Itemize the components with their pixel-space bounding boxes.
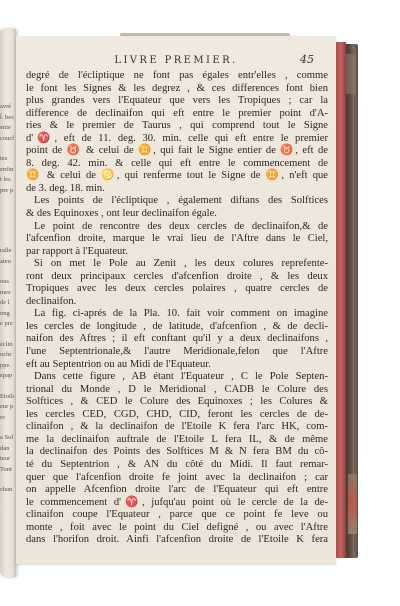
text-line: naifon des Aftres ; il eft conftant qu'i…: [26, 333, 328, 346]
text-line: d'♈, eft de 11. deg. 30. min. celle qui …: [26, 133, 328, 146]
text-line: Tropiques avec les deux cercles polaires…: [26, 283, 328, 296]
text-line: l'afcenfion droite, marque le vrai lieu …: [26, 233, 328, 246]
text-line: Si on met le Pole au Zenit , les deux co…: [26, 258, 328, 271]
fragment: tes: [0, 154, 14, 165]
running-head: LIVRE PREMIER.: [16, 55, 336, 66]
text-line: dans l'horifon droit. Ainfi l'afcenfion …: [26, 534, 328, 547]
fragment: epap: [0, 371, 14, 382]
fragment: enfin: [0, 165, 14, 176]
text-line: ♊ & celui de ♋, qui renferme tout le Sig…: [26, 170, 328, 183]
text-line: les cercles CED, CGD, CHD, CID, feront l…: [26, 409, 328, 422]
text-line: l'une Septentrionale,& l'autre Meridiona…: [26, 346, 328, 359]
fragment: re: [0, 413, 14, 424]
left-page-text-fragments: avré ĺ. bes enie couch tes enfin t les p…: [0, 102, 16, 496]
body-text: degré de l'écliptique ne font pas égales…: [26, 70, 328, 547]
text-line: Solftices , & CED le Colure des Equinoxe…: [26, 396, 328, 409]
text-line: plus grandes vers l'Equateur que vers le…: [26, 95, 328, 108]
right-page: LIVRE PREMIER. 45 degré de l'écliptique …: [16, 36, 336, 564]
text-line: trional du Monde , D le Meridional , CAD…: [26, 384, 328, 397]
fragment: per p: [0, 186, 14, 197]
text-line: monte , foit avec le point du Ciel defig…: [26, 522, 328, 535]
text-line: Dans cette figure , AB étant l'Equateur …: [26, 371, 328, 384]
text-line: le commencement d'♈, jufqu'au point où l…: [26, 497, 328, 510]
fragment: ĺ. bes: [0, 113, 14, 124]
text-line: me la declinaifon auftrale de l'Etoile L…: [26, 434, 328, 447]
binding-red-edge: [336, 42, 346, 558]
fragment: eur p: [0, 402, 14, 413]
text-line: Les points de l'écliptique , également d…: [26, 195, 328, 208]
fragment: e pre: [0, 319, 14, 330]
text-line: difference de declinaifon qui eft entre …: [26, 108, 328, 121]
text-line: clinaifon , & la declinaifon de l'Etoile…: [26, 421, 328, 434]
text-line: declinaifon.: [26, 296, 328, 309]
fragment: ous: [0, 277, 14, 288]
fragment: t les: [0, 175, 14, 186]
fragment: Etoile: [0, 392, 14, 403]
text-line: ront deux principaux cercles d'afcenfion…: [26, 271, 328, 284]
text-line: ries & le premier de Taurus , qui compre…: [26, 120, 328, 133]
page-number: 45: [300, 53, 314, 66]
fragment: ong: [0, 309, 14, 320]
fragment: ppe.: [0, 361, 14, 372]
text-line: té du Septentrion , & AN du côté du Midi…: [26, 459, 328, 472]
text-line: par rapport à l'Equateur.: [26, 246, 328, 259]
text-line: point de ♉ & celui de ♊, qui fait le Sig…: [26, 145, 328, 158]
fragment: de l: [0, 298, 14, 309]
fragment: avré: [0, 102, 14, 113]
fragment: couch: [0, 134, 14, 145]
text-line: on appelle Afcenfion droite l'arc de l'E…: [26, 484, 328, 497]
text-line: le font les Signes & les degrez , & ces …: [26, 83, 328, 96]
text-line: 8. deg. 42. min. & celle qui eft entre l…: [26, 158, 328, 171]
fragment: ateu: [0, 257, 14, 268]
text-line: de 3. deg. 18. min.: [26, 183, 328, 196]
binding-spine: [346, 44, 358, 558]
text-line: eft au Septentrion ou au Midi de l'Equat…: [26, 359, 328, 372]
text-line: & des Equinoxes , ont leur declinaifon é…: [26, 208, 328, 221]
text-line: clinaifon coupe l'Equateur , parce que c…: [26, 509, 328, 522]
fragment: Toni: [0, 465, 14, 476]
book-photo: avré ĺ. bes enie couch tes enfin t les p…: [0, 0, 400, 606]
fragment: a Sol: [0, 433, 14, 444]
fragment: enie: [0, 123, 14, 134]
text-line: Le point de rencontre des deux cercles d…: [26, 221, 328, 234]
text-line: La fig. ci-aprés de la Pla. 10. fait voi…: [26, 308, 328, 321]
fragment: chan: [0, 485, 14, 496]
fragment: éclin: [0, 340, 14, 351]
text-line: degré de l'écliptique ne font pas égales…: [26, 70, 328, 83]
left-page-edge: avré ĺ. bes enie couch tes enfin t les p…: [0, 29, 16, 577]
text-line: les cercles de longitude , de latitude, …: [26, 321, 328, 334]
text-line: quer que l'afcenfion droite fe joint ave…: [26, 472, 328, 485]
text-line: la declinaifon des Points des Solftices …: [26, 446, 328, 459]
fragment: ochr: [0, 350, 14, 361]
fragment: mes: [0, 288, 14, 299]
fragment: ralle: [0, 246, 14, 257]
fragment: dan: [0, 444, 14, 455]
fragment: teur: [0, 454, 14, 465]
